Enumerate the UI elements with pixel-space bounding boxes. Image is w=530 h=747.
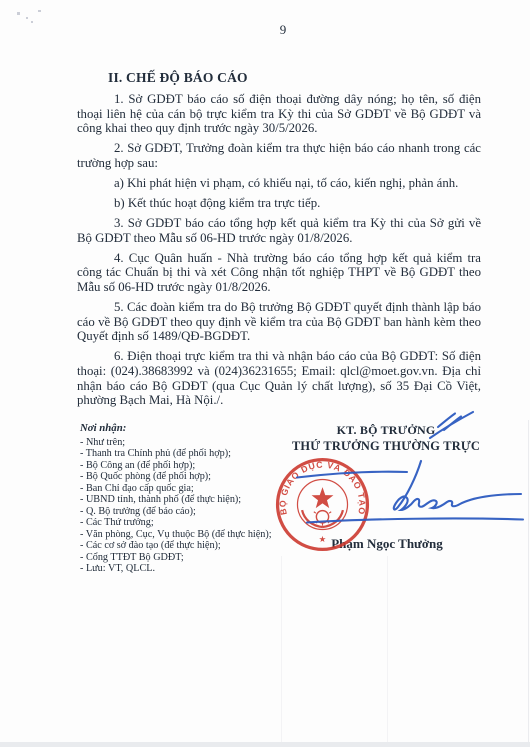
body-paragraph: 1. Sở GDĐT báo cáo số điện thoại đường d…: [77, 92, 481, 136]
recipient-item: - Ban Chỉ đạo cấp quốc gia;: [80, 483, 290, 495]
signature-underline-stroke: [307, 519, 523, 523]
body-paragraph: 4. Cục Quân huấn - Nhà trường báo cáo tổ…: [77, 251, 481, 295]
body-paragraph: 2. Sở GDĐT, Trưởng đoàn kiểm tra thực hi…: [77, 141, 481, 170]
recipient-item: - Q. Bộ trưởng (để báo cáo);: [80, 506, 290, 518]
signature-ink: [280, 400, 530, 535]
scan-speck: [31, 21, 33, 23]
scan-edge-shadow: [528, 420, 529, 747]
initials-paraph-stroke: [444, 417, 461, 431]
page-number: 9: [0, 22, 530, 38]
recipient-item: - Cổng TTĐT Bộ GDĐT;: [80, 552, 290, 564]
recipient-item: - Bộ Quốc phòng (để phối hợp);: [80, 471, 290, 483]
recipient-item: - Lưu: VT, QLCL.: [80, 563, 290, 575]
scan-edge-shadow: [0, 742, 530, 747]
recipient-item: - Bộ Công an (để phối hợp);: [80, 460, 290, 472]
signature-top-stroke: [297, 472, 407, 478]
body-paragraph: a) Khi phát hiện vi phạm, có khiếu nại, …: [77, 176, 481, 191]
scan-speck: [17, 12, 20, 15]
body-paragraph: 5. Các đoàn kiểm tra do Bộ trưởng Bộ GDĐ…: [77, 300, 481, 344]
scan-speck: [38, 10, 41, 12]
section-heading: II. CHẾ ĐỘ BÁO CÁO: [77, 70, 481, 86]
signature-main-stroke: [394, 461, 521, 510]
scan-speck: [26, 17, 28, 19]
recipients-label: Nơi nhận:: [80, 423, 290, 435]
body-paragraph: 3. Sở GDĐT báo cáo tổng hợp kết quả kiểm…: [77, 216, 481, 245]
recipient-item: - Các Thứ trưởng;: [80, 517, 290, 529]
recipient-item: - Như trên;: [80, 437, 290, 449]
document-body: II. CHẾ ĐỘ BÁO CÁO 1. Sở GDĐT báo cáo số…: [77, 70, 481, 413]
body-paragraph: b) Kết thúc hoạt động kiểm tra trực tiếp…: [77, 196, 481, 211]
paper-fold-line: [281, 556, 282, 747]
seal-star-icon: ★: [319, 534, 327, 544]
recipient-item: - Thanh tra Chính phủ (để phối hợp);: [80, 448, 290, 460]
initials-paraph-stroke: [438, 414, 455, 428]
scanned-document-page: 9 II. CHẾ ĐỘ BÁO CÁO 1. Sở GDĐT báo cáo …: [0, 0, 530, 747]
recipient-item: - Văn phòng, Cục, Vụ thuộc Bộ (để thực h…: [80, 529, 290, 541]
recipient-item: - Các cơ sở đào tạo (để thực hiện);: [80, 540, 290, 552]
recipient-item: - UBND tỉnh, thành phố (để thực hiện);: [80, 494, 290, 506]
paper-fold-line: [387, 556, 388, 747]
recipients-block: Nơi nhận: - Như trên; - Thanh tra Chính …: [80, 423, 290, 575]
